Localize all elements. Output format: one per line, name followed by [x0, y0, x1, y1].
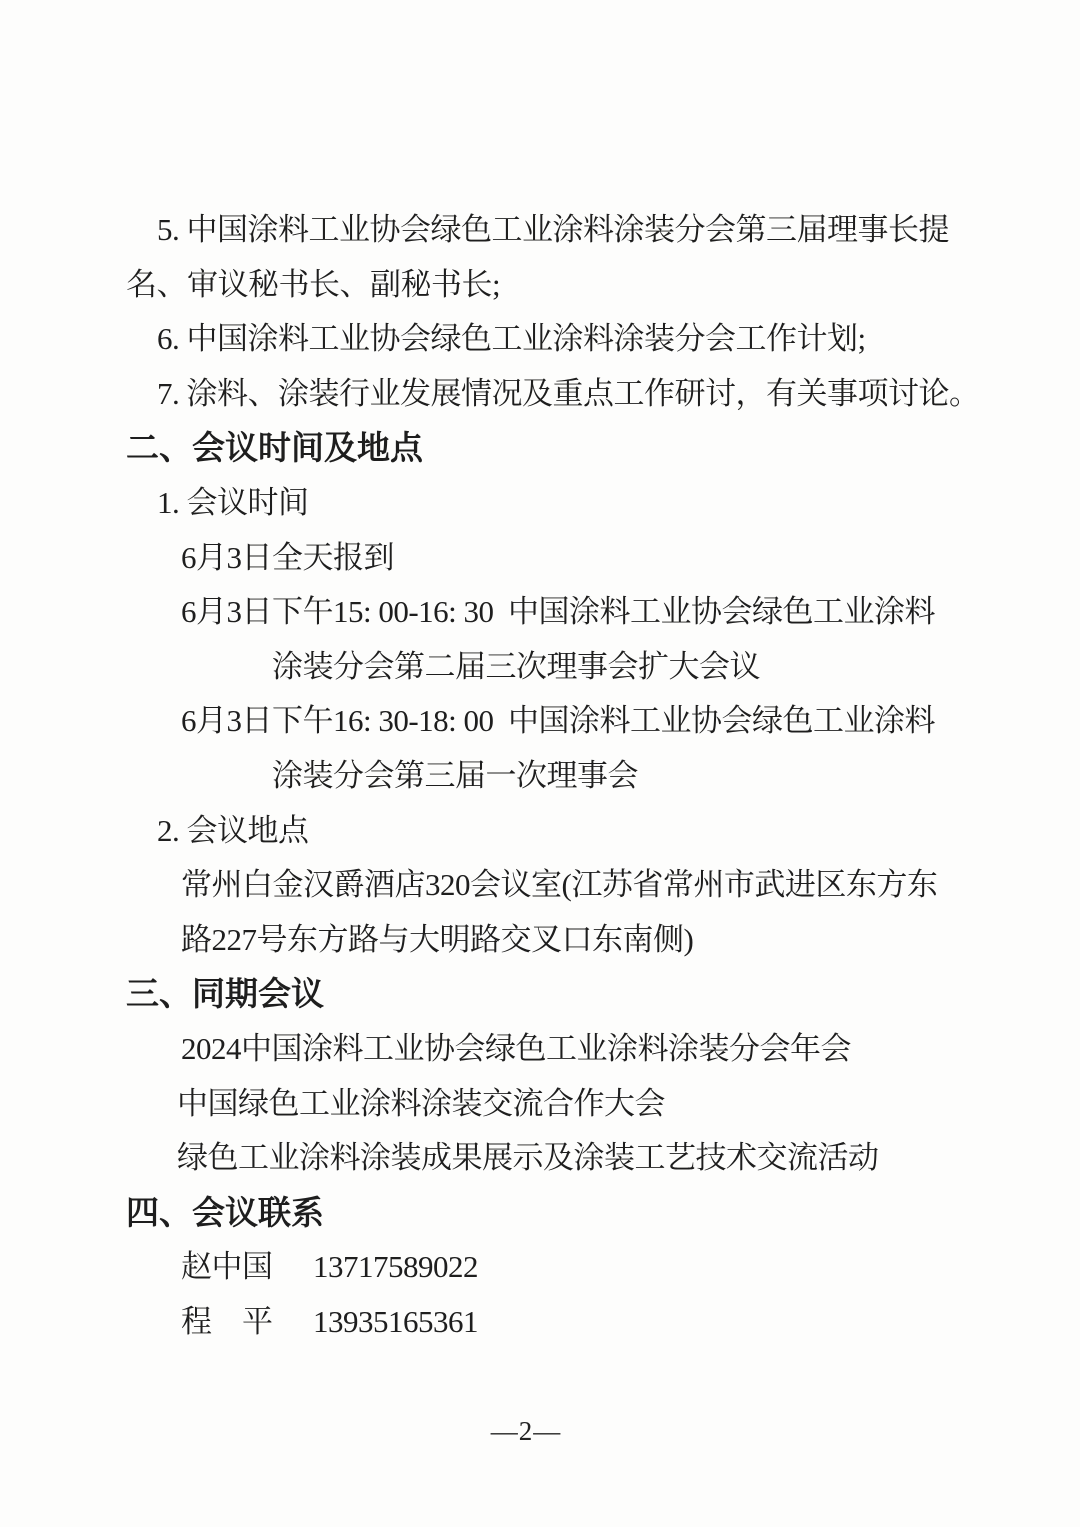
text-line: 绿色工业涂料涂装成果展示及涂装工艺技术交流活动 [0, 1131, 1080, 1186]
section-heading: 三、同期会议 [0, 967, 1080, 1022]
contact-name: 赵中国 [181, 1240, 313, 1295]
text-line: 5. 中国涂料工业协会绿色工业涂料涂装分会第三届理事长提 [0, 203, 1080, 258]
contact-phone: 13717589022 [313, 1249, 478, 1284]
document-lines: 5. 中国涂料工业协会绿色工业涂料涂装分会第三届理事长提名、审议秘书长、副秘书长… [0, 203, 1080, 1349]
text-line: 路227号东方路与大明路交叉口东南侧) [0, 913, 1080, 968]
text-line: 2024中国涂料工业协会绿色工业涂料涂装分会年会 [0, 1022, 1080, 1077]
text-line: 6月3日下午15: 00-16: 30 中国涂料工业协会绿色工业涂料 [0, 585, 1080, 640]
text-line: 1. 会议时间 [0, 476, 1080, 531]
text-line: 涂装分会第三届一次理事会 [0, 749, 1080, 804]
text-line: 2. 会议地点 [0, 804, 1080, 859]
text-line: 中国绿色工业涂料涂装交流合作大会 [0, 1077, 1080, 1132]
text-line: 7. 涂料、涂装行业发展情况及重点工作研讨，有关事项讨论。 [0, 367, 1080, 422]
text-line: 常州白金汉爵酒店320会议室(江苏省常州市武进区东方东 [0, 858, 1080, 913]
text-line: 6月3日全天报到 [0, 531, 1080, 586]
text-line: 6. 中国涂料工业协会绿色工业涂料涂装分会工作计划; [0, 312, 1080, 367]
contact-row: 程 平13935165361 [0, 1295, 1080, 1350]
section-heading: 二、会议时间及地点 [0, 421, 1080, 476]
text-line: 涂装分会第二届三次理事会扩大会议 [0, 640, 1080, 695]
document-page: 5. 中国涂料工业协会绿色工业涂料涂装分会第三届理事长提名、审议秘书长、副秘书长… [0, 0, 1080, 1527]
section-heading: 四、会议联系 [0, 1186, 1080, 1241]
text-line: 6月3日下午16: 30-18: 00 中国涂料工业协会绿色工业涂料 [0, 694, 1080, 749]
contact-phone: 13935165361 [313, 1304, 478, 1339]
page-number: —2— [0, 1416, 1066, 1447]
text-line: 名、审议秘书长、副秘书长; [0, 258, 1080, 313]
contact-row: 赵中国13717589022 [0, 1240, 1080, 1295]
contact-name: 程 平 [181, 1295, 313, 1350]
